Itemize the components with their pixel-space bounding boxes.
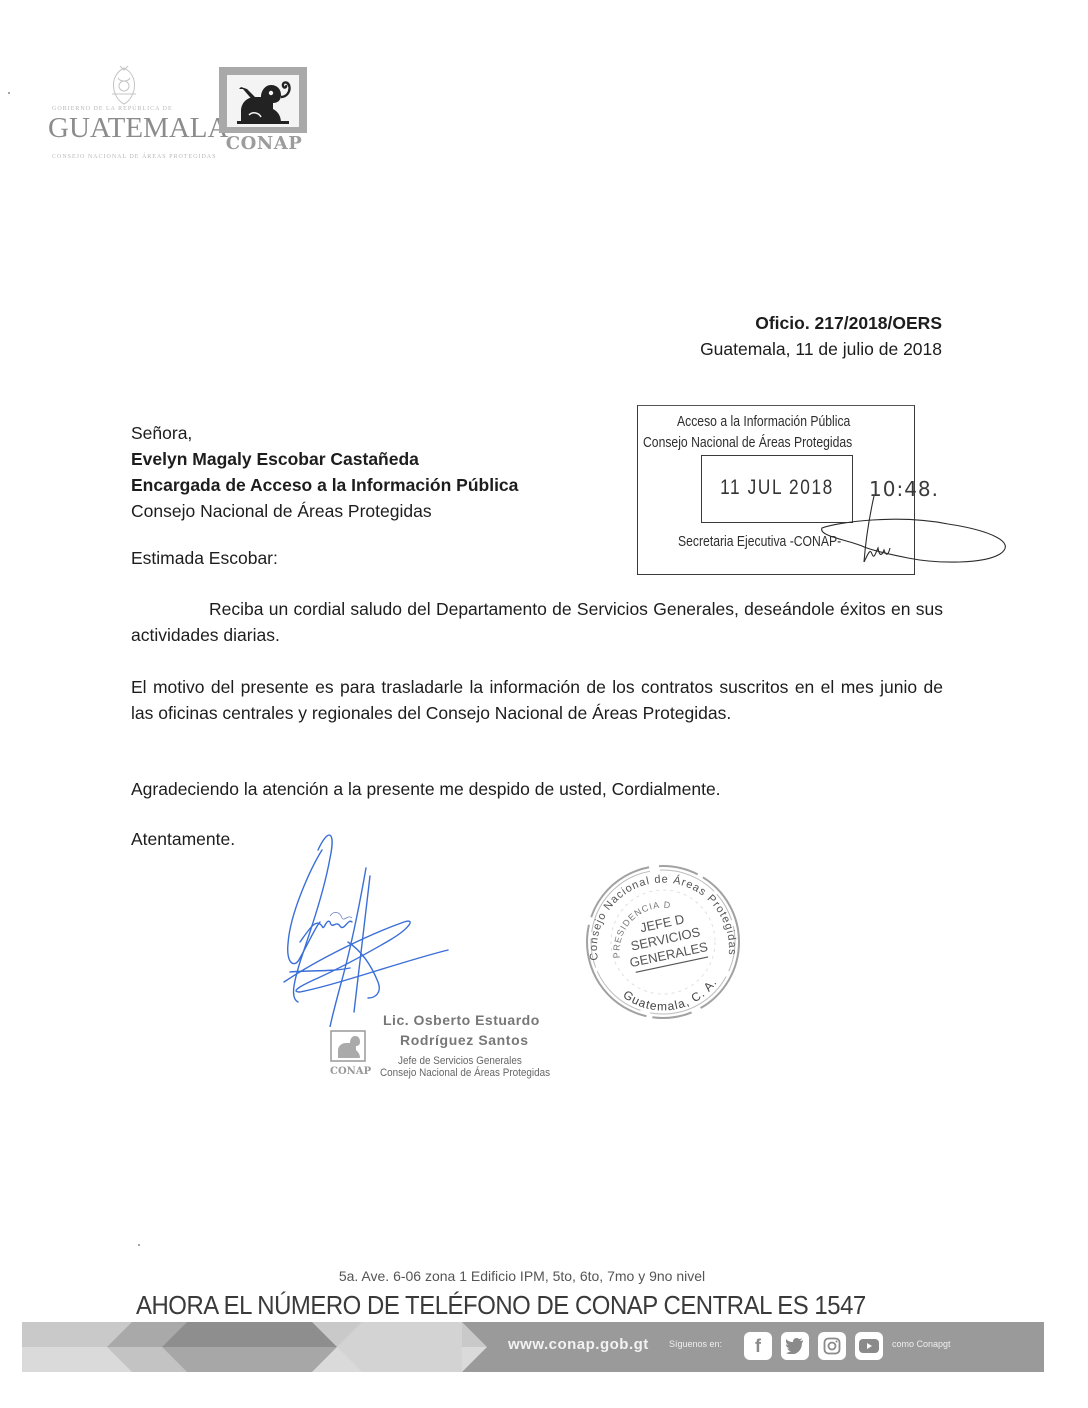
handwritten-signature-icon (270, 822, 470, 1027)
scan-speck (138, 1244, 140, 1246)
conap-logo-frame (219, 67, 307, 133)
footer-band: www.conap.gob.gt Síguenos en: f como Con… (22, 1322, 1044, 1372)
signatory-conap-stamp-logo: CONAP (330, 1030, 374, 1076)
scan-speck (8, 92, 10, 94)
conap-logo-panel (227, 75, 299, 127)
monkey-icon (227, 75, 299, 127)
government-caption-bottom: CONSEJO NACIONAL DE ÁREAS PROTEGIDAS (52, 154, 216, 160)
addressee-organization: Consejo Nacional de Áreas Protegidas (131, 498, 518, 524)
body-paragraph-thanks: Agradeciendo la atención a la presente m… (131, 776, 943, 802)
conap-mini-logo-icon: CONAP (330, 1030, 374, 1076)
closing-phrase: Atentamente. (131, 829, 235, 850)
body-paragraph-greeting: Reciba un cordial saludo del Departament… (131, 596, 943, 648)
signatory-organization: Consejo Nacional de Áreas Protegidas (380, 1067, 550, 1079)
footer-phone-notice: AHORA EL NÚMERO DE TELÉFONO DE CONAP CEN… (136, 1290, 866, 1321)
facebook-icon[interactable]: f (744, 1332, 772, 1360)
signatory-name-line1: Lic. Osberto Estuardo (383, 1012, 540, 1028)
svg-text:Guatemala, C. A.: Guatemala, C. A. (621, 975, 720, 1013)
youtube-icon[interactable] (855, 1332, 883, 1360)
addressee-title: Señora, (131, 420, 518, 446)
guatemala-wordmark: GUATEMALA (48, 112, 228, 145)
footer-follow-label: Síguenos en: (669, 1339, 722, 1349)
footer-social-handle: como Conapgt (892, 1339, 951, 1349)
handwritten-initials-icon (778, 484, 1018, 574)
footer-address: 5a. Ave. 6-06 zona 1 Edificio IPM, 5to, … (0, 1268, 1066, 1284)
conap-logo: CONAP (219, 67, 309, 163)
stamp-department: Acceso a la Información Pública (677, 414, 850, 430)
received-stamp: Acceso a la Información Pública Consejo … (637, 405, 915, 575)
guatemala-government-logo: GOBIERNO DE LA REPÚBLICA DE GUATEMALA CO… (48, 62, 198, 162)
footer-website-link[interactable]: www.conap.gob.gt (508, 1336, 649, 1353)
letter-place-date: Guatemala, 11 de julio de 2018 (700, 339, 942, 360)
svg-text:CONAP: CONAP (330, 1066, 372, 1076)
addressee-name: Evelyn Magaly Escobar Castañeda (131, 446, 518, 472)
body-paragraph-purpose: El motivo del presente es para trasladar… (131, 674, 943, 726)
stamp-organization: Consejo Nacional de Áreas Protegidas (643, 435, 852, 451)
official-round-seal-icon: Consejo Nacional de Áreas Protegidas -CO… (568, 850, 758, 1030)
instagram-icon[interactable] (818, 1332, 846, 1360)
coat-of-arms-icon (106, 64, 142, 108)
signatory-title: Jefe de Servicios Generales (398, 1055, 522, 1067)
addressee-position: Encargada de Acceso a la Información Púb… (131, 472, 518, 498)
salutation: Estimada Escobar: (131, 548, 278, 569)
conap-wordmark: CONAP (219, 133, 309, 154)
twitter-icon[interactable] (781, 1332, 809, 1360)
addressee-block: Señora, Evelyn Magaly Escobar Castañeda … (131, 420, 518, 524)
signatory-name-line2: Rodríguez Santos (400, 1032, 529, 1048)
office-reference-number: Oficio. 217/2018/OERS (755, 313, 942, 334)
